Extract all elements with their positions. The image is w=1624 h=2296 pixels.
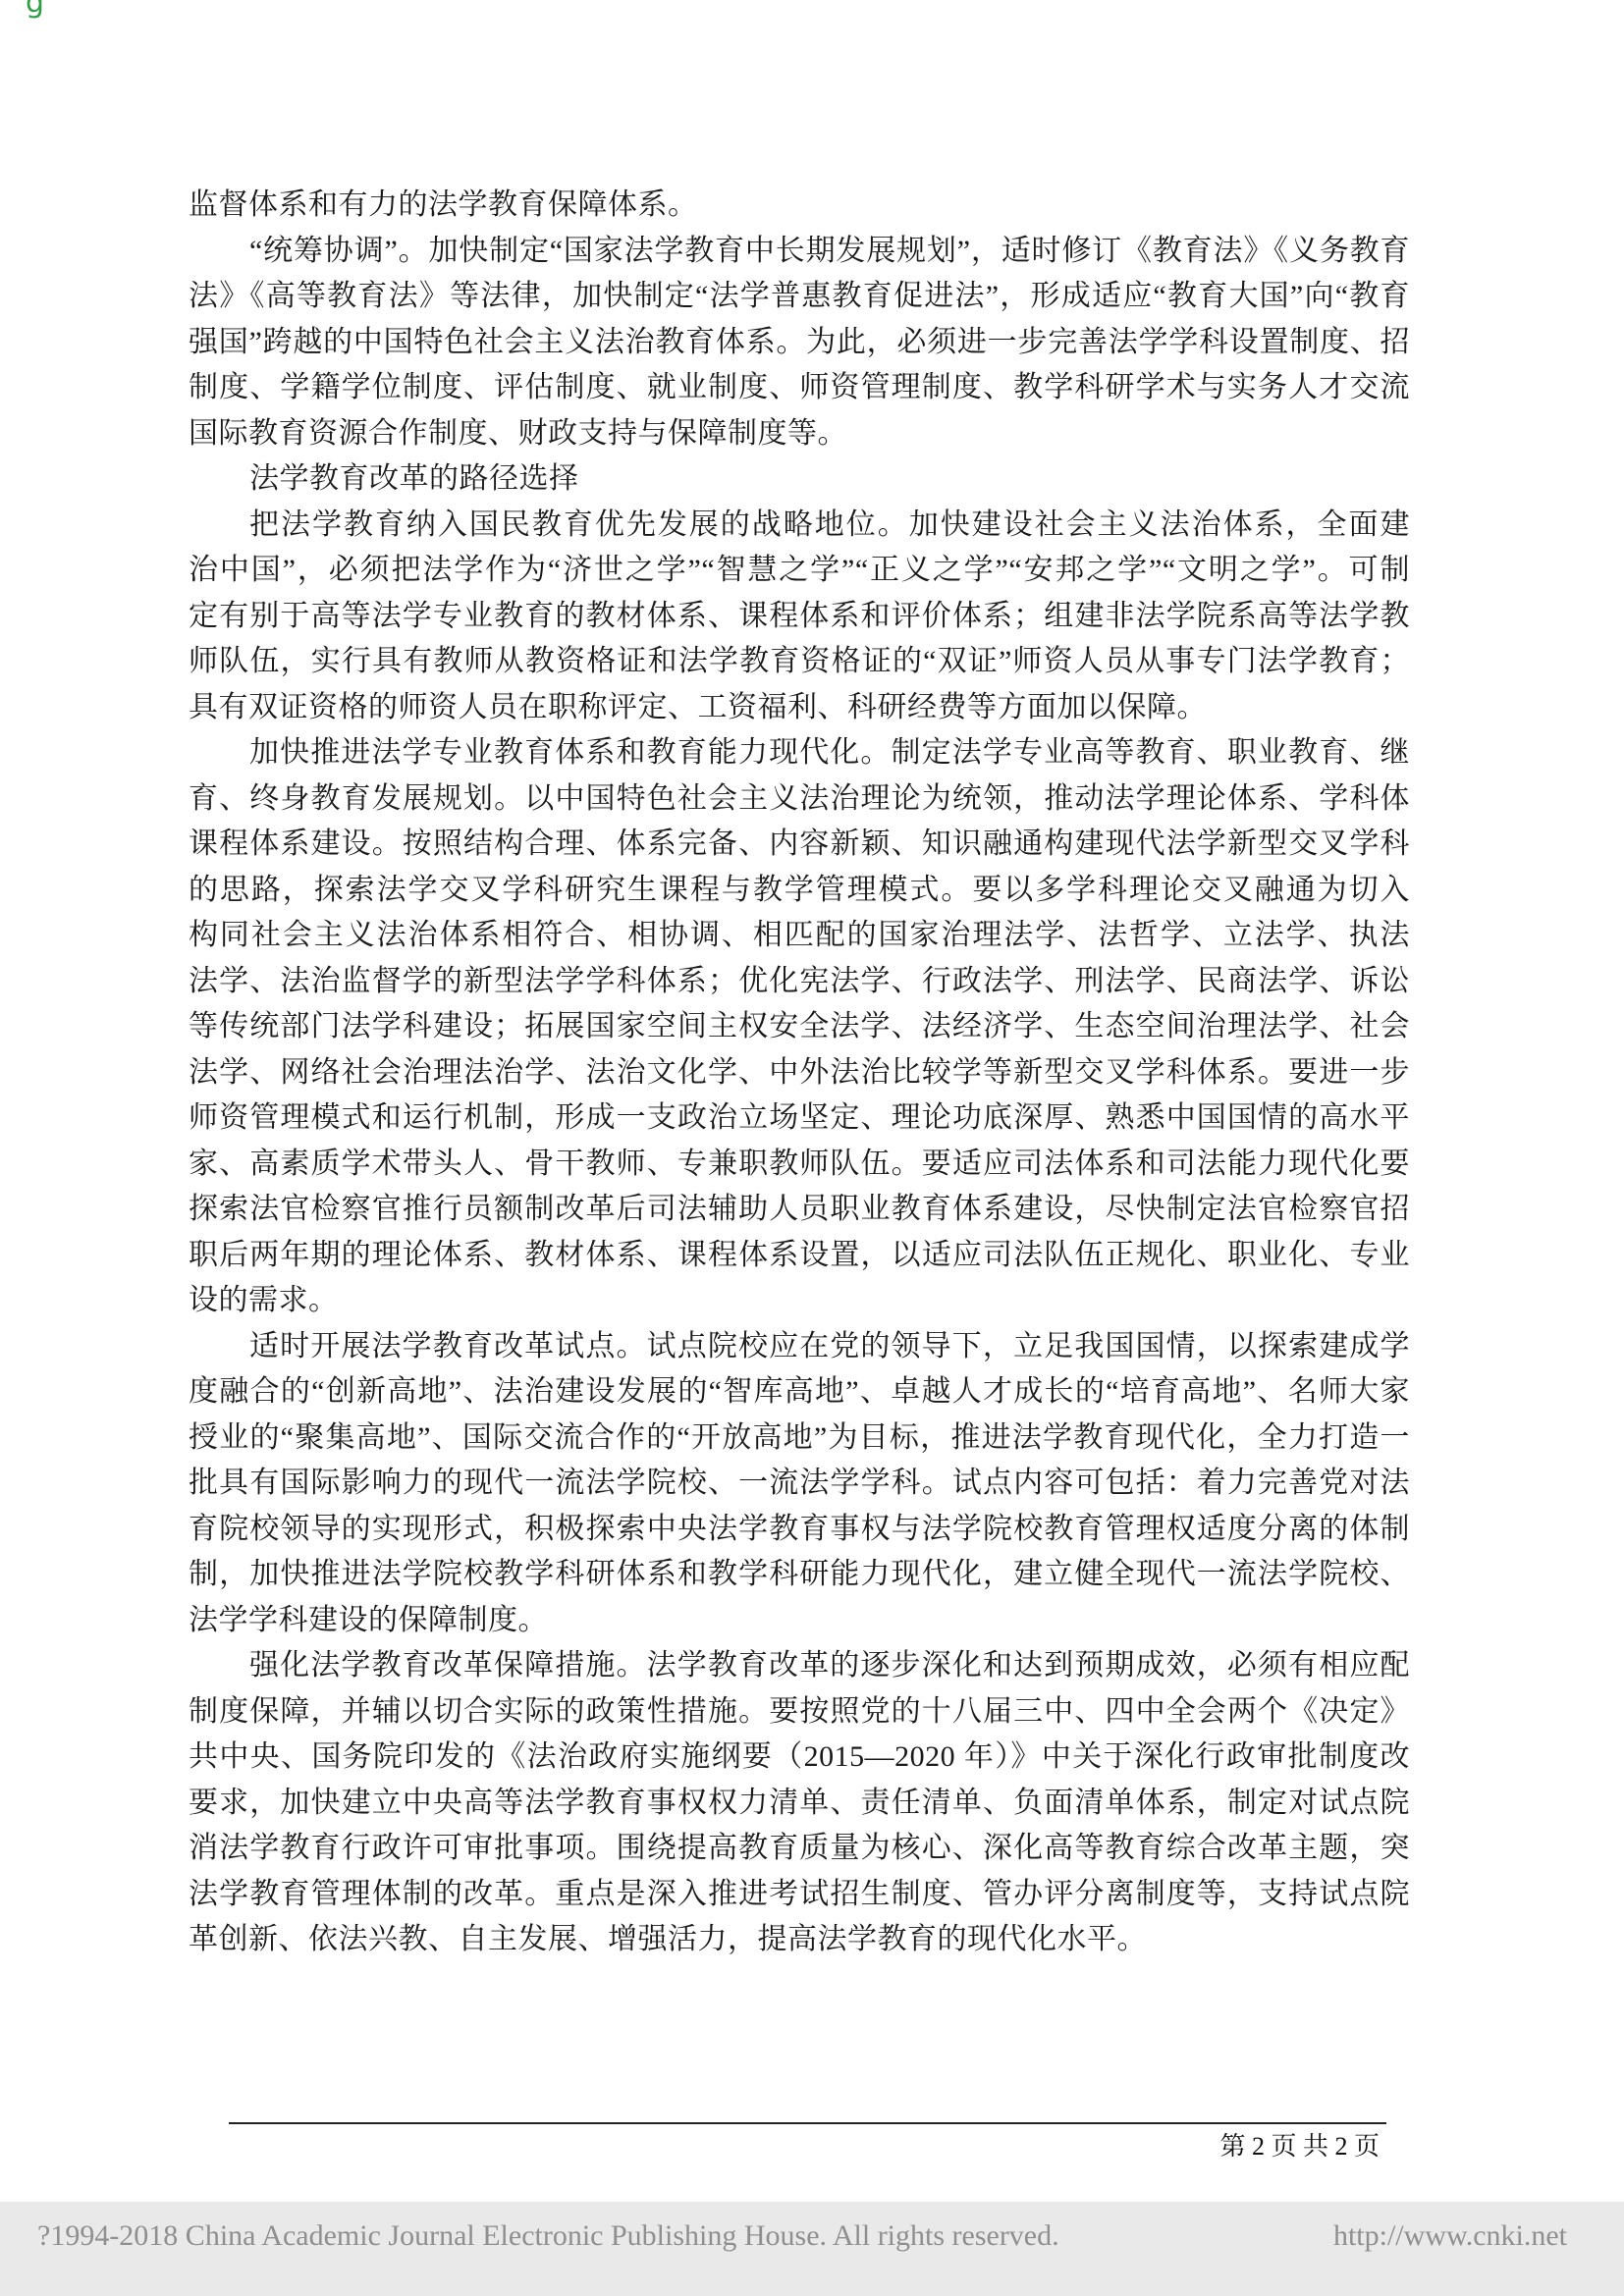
body-line: 制度、学籍学位制度、评估制度、就业制度、师资管理制度、教学科研学术与实务人才交流…: [189, 365, 1410, 411]
body-line: 法》《高等教育法》等法律，加快制定“法学普惠教育促进法”，形成适应“教育大国”向…: [189, 274, 1410, 320]
body-line: 构同社会主义法治体系相符合、相协调、相匹配的国家治理法学、法哲学、立法学、执法学…: [189, 913, 1410, 959]
body-line: 共中央、国务院印发的《法治政府实施纲要（2015—2020 年）》中关于深化行政…: [189, 1735, 1410, 1781]
body-line: 等传统部门法学科建设；拓展国家空间主权安全法学、法经济学、生态空间治理法学、社会…: [189, 1004, 1410, 1050]
body-line: 育院校领导的实现形式，积极探索中央法学教育事权与法学院校教育管理权适度分离的体制…: [189, 1507, 1410, 1553]
body-line: 家、高素质学术带头人、骨干教师、专兼职教师队伍。要适应司法体系和司法能力现代化要…: [189, 1142, 1410, 1188]
body-line: 革创新、依法兴教、自主发展、增强活力，提高法学教育的现代化水平。: [189, 1917, 1410, 1963]
body-line: 具有双证资格的师资人员在职称评定、工资福利、科研经费等方面加以保障。: [189, 685, 1410, 731]
body-line: 法学、网络社会治理法治学、法治文化学、中外法治比较学等新型交叉学科体系。要进一步…: [189, 1050, 1410, 1096]
copyright-text: ?1994-2018 China Academic Journal Electr…: [37, 2219, 1059, 2253]
body-line: “统筹协调”。加快制定“国家法学教育中长期发展规划”，适时修订《教育法》《义务教…: [189, 229, 1410, 275]
body-line: 制，加快推进法学院校教学科研体系和教学科研能力现代化，建立健全现代一流法学院校、…: [189, 1552, 1410, 1598]
body-line: 制度保障，并辅以切合实际的政策性措施。要按照党的十八届三中、四中全会两个《决定》…: [189, 1689, 1410, 1735]
document-page: g 监督体系和有力的法学教育保障体系。“统筹协调”。加快制定“国家法学教育中长期…: [0, 0, 1624, 2296]
body-line: 师队伍，实行具有教师从教资格证和法学教育资格证的“双证”师资人员从事专门法学教育…: [189, 639, 1410, 685]
body-line: 授业的“聚集高地”、国际交流合作的“开放高地”为目标，推进法学教育现代化，全力打…: [189, 1415, 1410, 1462]
body-line: 设的需求。: [189, 1278, 1410, 1324]
body-line: 把法学教育纳入国民教育优先发展的战略地位。加快建设社会主义法治体系，全面建设“法: [189, 503, 1410, 549]
corner-scan-mark: g: [26, 0, 44, 18]
copyright-bar: ?1994-2018 China Academic Journal Electr…: [0, 2202, 1624, 2296]
cnki-url: http://www.cnki.net: [1333, 2219, 1567, 2253]
body-line: 强化法学教育改革保障措施。法学教育改革的逐步深化和达到预期成效，必须有相应配套的: [189, 1643, 1410, 1689]
body-line: 育、终身教育发展规划。以中国特色社会主义法治理论为统领，推动法学理论体系、学科体…: [189, 776, 1410, 823]
body-text: 监督体系和有力的法学教育保障体系。“统筹协调”。加快制定“国家法学教育中长期发展…: [189, 183, 1410, 1963]
body-line: 加快推进法学专业教育体系和教育能力现代化。制定法学专业高等教育、职业教育、继续教: [189, 730, 1410, 776]
body-line: 消法学教育行政许可审批事项。围绕提高教育质量为核心、深化高等教育综合改革主题，突…: [189, 1826, 1410, 1872]
body-line: 法学教育改革的路径选择: [189, 456, 1410, 503]
body-line: 定有别于高等法学专业教育的教材体系、课程体系和评价体系；组建非法学院系高等法学教…: [189, 594, 1410, 640]
body-line: 国际教育资源合作制度、财政支持与保障制度等。: [189, 411, 1410, 457]
page-number: 第 2 页 共 2 页: [229, 2130, 1380, 2163]
body-line: 要求，加快建立中央高等法学教育事权权力清单、责任清单、负面清单体系，制定对试点院…: [189, 1781, 1410, 1827]
footer-divider: [229, 2122, 1386, 2124]
body-line: 探索法官检察官推行员额制改革后司法辅助人员职业教育体系建设，尽快制定法官检察官招…: [189, 1187, 1410, 1233]
body-line: 批具有国际影响力的现代一流法学院校、一流法学学科。试点内容可包括：着力完善党对法…: [189, 1461, 1410, 1507]
body-line: 治中国”，必须把法学作为“济世之学”“智慧之学”“正义之学”“安邦之学”“文明之…: [189, 548, 1410, 594]
body-line: 法学学科建设的保障制度。: [189, 1598, 1410, 1644]
body-line: 法学教育管理体制的改革。重点是深入推进考试招生制度、管办评分离制度等，支持试点院…: [189, 1872, 1410, 1918]
body-line: 师资管理模式和运行机制，形成一支政治立场坚定、理论功底深厚、熟悉中国国情的高水平…: [189, 1095, 1410, 1142]
body-line: 度融合的“创新高地”、法治建设发展的“智库高地”、卓越人才成长的“培育高地”、名…: [189, 1369, 1410, 1415]
body-line: 适时开展法学教育改革试点。试点院校应在党的领导下，立足我国国情，以探索建成学科深: [189, 1324, 1410, 1370]
body-line: 的思路，探索法学交叉学科研究生课程与教学管理模式。要以多学科理论交叉融通为切入点…: [189, 868, 1410, 914]
body-line: 职后两年期的理论体系、教材体系、课程体系设置，以适应司法队伍正规化、职业化、专业…: [189, 1233, 1410, 1279]
body-line: 法学、法治监督学的新型法学学科体系；优化宪法学、行政法学、刑法学、民商法学、诉讼…: [189, 959, 1410, 1005]
body-line: 强国”跨越的中国特色社会主义法治教育体系。为此，必须进一步完善法学学科设置制度、…: [189, 320, 1410, 366]
body-line: 监督体系和有力的法学教育保障体系。: [189, 183, 1410, 229]
body-line: 课程体系建设。按照结构合理、体系完备、内容新颖、知识融通构建现代法学新型交叉学科…: [189, 822, 1410, 868]
